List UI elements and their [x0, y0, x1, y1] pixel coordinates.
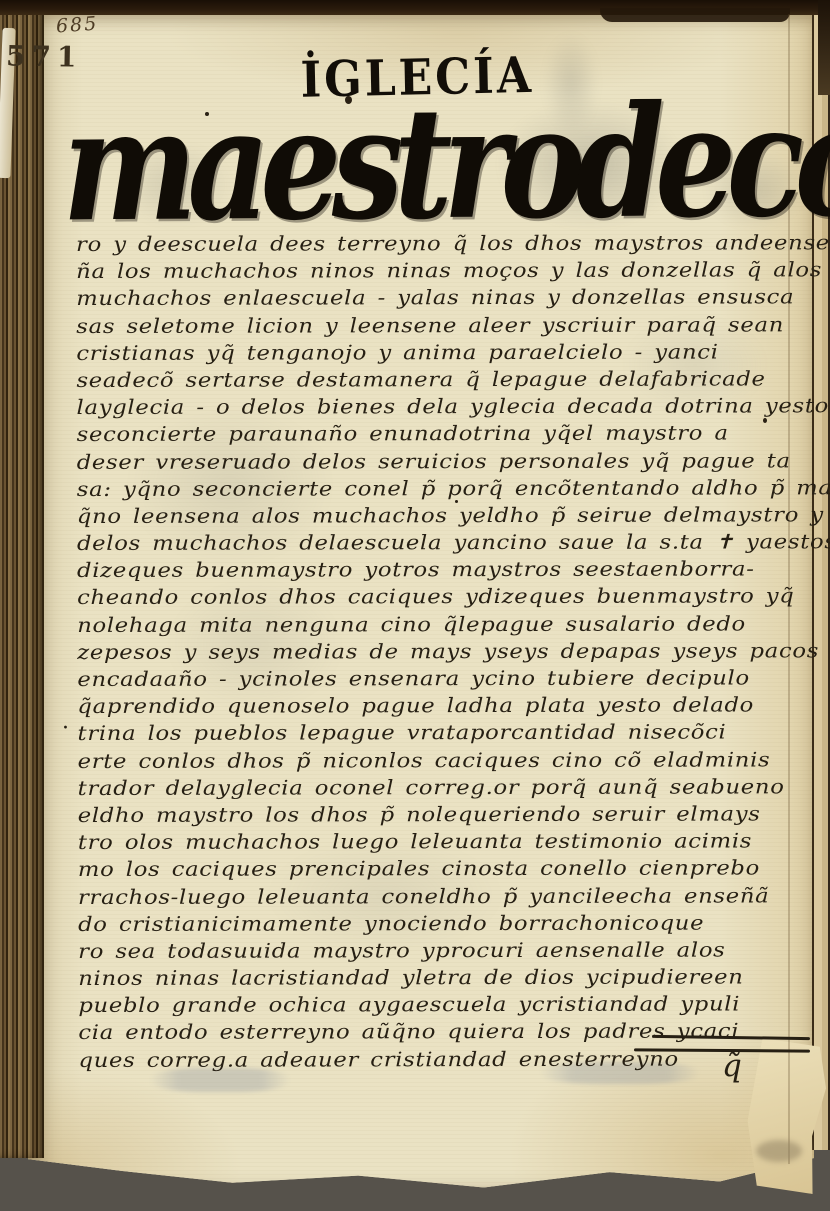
text-line: muchachos enlaescuela - yalas ninas y do… — [76, 284, 814, 313]
book-spine-page-edges — [0, 8, 44, 1158]
text-line: layglecia - o delos bienes dela yglecia … — [76, 392, 814, 421]
margin-dot: · — [62, 716, 69, 741]
text-line: rrachos-luego leleuanta coneldho p̃ yanc… — [78, 882, 816, 911]
text-line: ña los muchachos ninos ninas moços y las… — [76, 256, 814, 285]
text-line: pueblo grande ochica aygaescuela ycristi… — [78, 991, 816, 1020]
text-line: cheando conlos dhos caciques ydizeques b… — [77, 583, 815, 612]
text-line: eldho maystro los dhos p̃ nolequeriendo … — [78, 800, 816, 829]
torn-corner-stain — [756, 1140, 802, 1162]
text-line: encadaaño - ycinoles ensenara ycino tubi… — [77, 664, 815, 693]
text-line: do cristianicimamente ynociendo borracho… — [78, 909, 816, 938]
text-line: ro y deescuela dees terreyno q̃ los dhos… — [76, 229, 814, 258]
text-line: nolehaga mita nenguna cino q̃lepague sus… — [77, 610, 815, 639]
text-line: ninos ninas lacristiandad yletra de dios… — [78, 963, 816, 992]
text-line: seadecõ sertarse destamanera q̃ lepague … — [76, 365, 814, 394]
text-line: tro olos muchachos luego leleuanta testi… — [78, 827, 816, 856]
text-line: sa: yq̃no seconcierte conel p̃ porq̃ enc… — [77, 474, 815, 503]
body-text: ro y deescuela dees terreyno q̃ los dhos… — [76, 229, 816, 1074]
text-line: q̃no leensena alos muchachos yeldho p̃ s… — [77, 501, 815, 530]
text-line: cristianas yq̃ tenganojo y anima paraelc… — [76, 338, 814, 367]
text-line: trina los pueblos lepague vrataporcantid… — [77, 719, 815, 748]
text-line: erte conlos dhos p̃ niconlos caciques ci… — [78, 746, 816, 775]
text-line: dizeques buenmaystro yotros maystros see… — [77, 556, 815, 585]
text-line: deser vreseruado delos seruicios persona… — [77, 447, 815, 476]
text-line: zepesos y seys medias de mays yseys depa… — [77, 637, 815, 666]
manuscript-photo: 685 571 İGLECÍA maestrodeco ro y deescue… — [0, 0, 830, 1211]
text-line: cia entodo esterreyno aũq̃no quiera los … — [78, 1018, 816, 1047]
folio-number-alt: 571 — [6, 39, 83, 73]
text-line: q̃aprendido quenoselo pague ladha plata … — [77, 691, 815, 720]
catchword: q̃ — [722, 1048, 742, 1084]
folio-number: 685 — [55, 13, 99, 38]
text-line: delos muchachos delaescuela yancino saue… — [77, 528, 815, 557]
text-line: seconcierte paraunaño enunadotrina yq̃el… — [77, 420, 815, 449]
text-line: sas seletome licion y leensene aleer ysc… — [76, 311, 814, 340]
text-line: mo los caciques prencipales cinosta cone… — [78, 855, 816, 884]
text-line: ro sea todasuuida maystro yprocuri aense… — [78, 936, 816, 965]
book-top-edge-stain — [600, 8, 790, 22]
text-line: trador delayglecia oconel correg.or porq… — [78, 773, 816, 802]
